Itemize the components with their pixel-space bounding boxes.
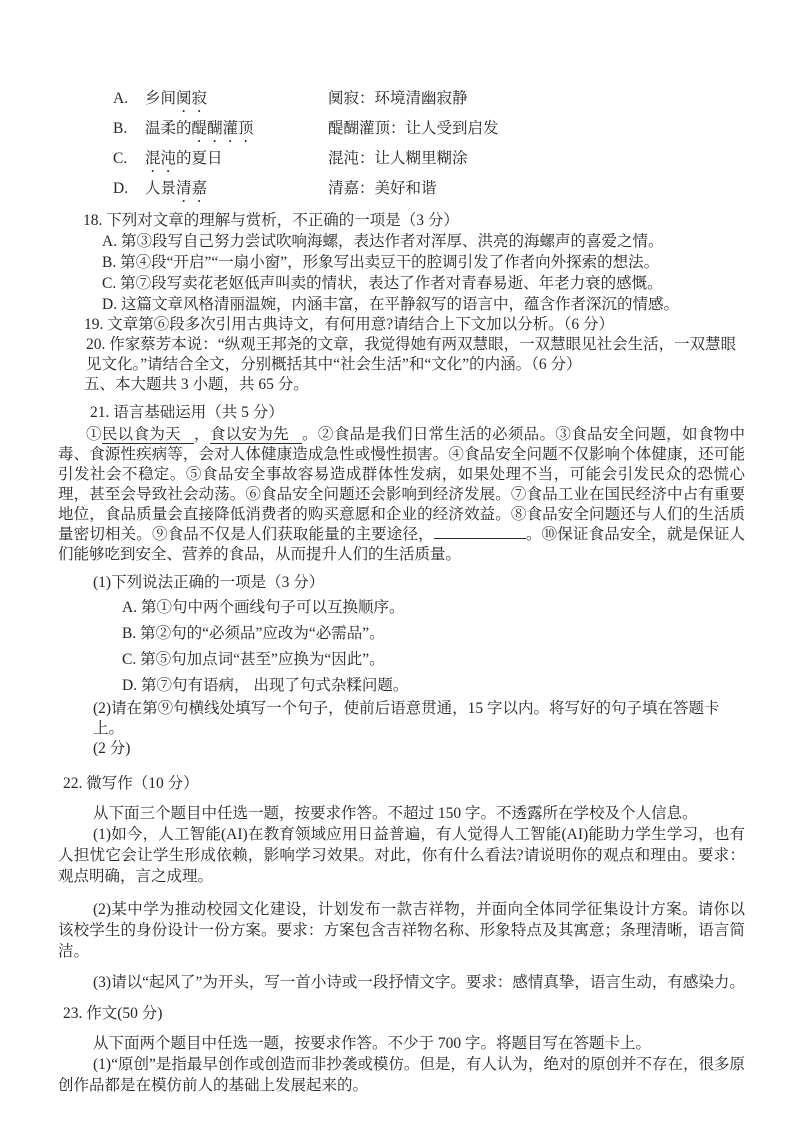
glossed-term: 混沌的夏日 [145,146,328,176]
question-19: 19. 文章第⑥段多次引用古典诗文，有何用意?请结合上下文加以分析。（6 分） [84,315,745,335]
option-label: B. [113,116,145,146]
answer-option: A. 第③段写自己努力尝试吹响海螺，表达作者对浑厚、洪亮的海螺声的喜爱之情。 [102,231,745,252]
question-22-intro: 从下面三个题目中任选一题，按要求作答。不超过 150 字。不透露所在学校及个人信… [58,803,745,824]
answer-option: D. 这篇文章风格清丽温婉，内涵丰富，在平静叙写的语言中，蕴含作者深沉的情感。 [102,294,745,315]
micro-writing-item: (3)请以“起风了”为开头，写一首小诗或一段抒情文字。要求：感情真挚，语言生动，… [58,972,745,993]
sub-question-2-score: (2 分) [93,739,745,759]
question-stem: 18. 下列对文章的理解与赏析，不正确的一项是（3 分） [83,210,745,231]
blank-line [434,525,526,539]
option-label: A. [113,86,145,116]
answer-option: B. 第④段“开启”“一扇小窗”，形象写出卖豆干的腔调引发了作者向外探索的想法。 [102,252,745,273]
question-23-intro: 从下面两个题目中任选一题，按要求作答。不少于 700 字。将题目写在答题卡上。 [58,1033,745,1054]
term-definition: 混沌：让人糊里糊涂 [328,146,468,176]
sub-question-2: (2)请在第⑨句横线处填写一个句子，使前后语意贯通，15 字以内。将写好的句子填… [93,699,745,739]
option-label: C. [113,146,145,176]
question-20: 20. 作家蔡芳本说：“纵观王邦尧的文章，我觉得她有两双慧眼，一双慧眼见社会生活… [86,335,745,375]
section-5-heading: 五、本大题共 3 小题，共 65 分。 [84,375,745,395]
vocab-row: C. 混沌的夏日 混沌：让人糊里糊涂 [58,146,745,176]
glossed-term: 人景清嘉 [145,176,328,206]
question-23-title: 23. 作文(50 分) [63,1003,745,1025]
essay-item: (1)“原创”是指最早创作或创造而非抄袭或模仿。但是，有人认为，绝对的原创并不存… [58,1054,745,1096]
option-label: D. [113,176,145,206]
question-22-title: 22. 微写作（10 分） [63,773,745,795]
question-18: 18. 下列对文章的理解与赏析，不正确的一项是（3 分） A. 第③段写自己努力… [58,210,745,315]
term-definition: 清嘉：美好和谐 [328,176,437,206]
term-pre: 温柔的 [145,120,192,137]
vocab-options-block: A. 乡间阒寂 阒寂：环境清幽寂静 B. 温柔的醍醐灌顶 醍醐灌顶：让人受到启发… [58,86,745,206]
answer-option: D. 第⑦句有语病， 出现了句式杂糅问题。 [122,673,745,699]
glossed-term: 温柔的醍醐灌顶 [145,116,328,146]
term-definition: 阒寂：环境清幽寂静 [328,86,468,116]
question-21-title: 21. 语言基础运用（共 5 分） [90,400,745,425]
passage-text: ① [86,426,102,443]
term-pre: 人景 [145,180,176,197]
question-21: 21. 语言基础运用（共 5 分） ①民以食为天，食以安为先。②食品是我们日常生… [58,400,745,759]
passage-text: ， [194,426,210,443]
sub-question-1-stem: (1)下列说法正确的一项是（3 分） [93,570,745,595]
answer-option: A. 第①句中两个画线句子可以互换顺序。 [122,595,745,621]
answer-option: C. 第⑤句加点词“甚至”应换为“因此”。 [122,647,745,673]
emphasized-word: 清嘉 [176,180,207,197]
underlined-phrase: 民以食为天 [102,426,194,444]
micro-writing-item: (1)如今，人工智能(AI)在教育领域应用日益普遍，有人觉得人工智能(AI)能助… [58,824,745,887]
emphasized-word: 阒寂 [176,90,207,107]
vocab-row: B. 温柔的醍醐灌顶 醍醐灌顶：让人受到启发 [58,116,745,146]
emphasized-word: 混沌 [145,150,176,167]
term-pre: 乡间 [145,90,176,107]
answer-option: B. 第②句的“必须品”应改为“必需品”。 [122,621,745,647]
emphasized-word: 醍醐灌顶 [192,120,254,137]
vocab-row: A. 乡间阒寂 阒寂：环境清幽寂静 [58,86,745,116]
underlined-phrase: 食以安为先 [210,426,302,444]
micro-writing-item: (2)某中学为推动校园文化建设，计划发布一款吉祥物，并面向全体同学征集设计方案。… [58,899,745,962]
question-23: 23. 作文(50 分) 从下面两个题目中任选一题，按要求作答。不少于 700 … [58,1003,745,1096]
question-22: 22. 微写作（10 分） 从下面三个题目中任选一题，按要求作答。不超过 150… [58,773,745,993]
vocab-row: D. 人景清嘉 清嘉：美好和谐 [58,176,745,206]
passage-paragraph: ①民以食为天，食以安为先。②食品是我们日常生活的必须品。③食品安全问题，如食物中… [58,425,745,565]
term-definition: 醍醐灌顶：让人受到启发 [328,116,499,146]
exam-page: A. 乡间阒寂 阒寂：环境清幽寂静 B. 温柔的醍醐灌顶 醍醐灌顶：让人受到启发… [0,0,800,1131]
glossed-term: 乡间阒寂 [145,86,328,116]
term-post: 的夏日 [176,150,223,167]
answer-option: C. 第⑦段写卖花老妪低声叫卖的情状，表达了作者对青春易逝、年老力衰的感慨。 [102,273,745,294]
